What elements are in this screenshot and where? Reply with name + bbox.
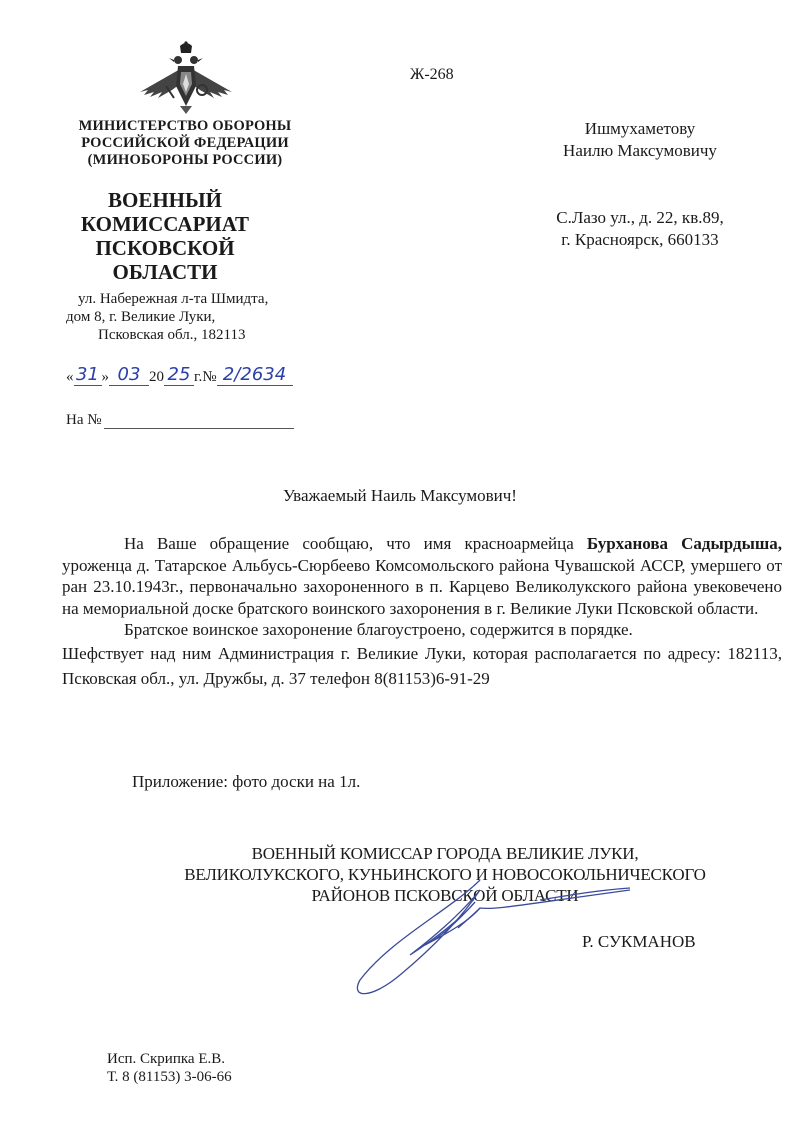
recipient-name-line: Наилю Максумовичу [520, 140, 760, 162]
body-paragraph-3: Шефствует над ним Администрация г. Велик… [62, 641, 782, 691]
year-label: г. [194, 369, 202, 386]
executor-info: Исп. Скрипка Е.В. Т. 8 (81153) 3-06-66 [107, 1050, 232, 1086]
recipient-address-line: г. Красноярск, 660133 [520, 229, 760, 251]
attachment-note: Приложение: фото доски на 1л. [132, 772, 360, 792]
organization-line: КОМИССАРИАТ [40, 212, 290, 236]
close-quote: » [102, 369, 110, 386]
year-prefix: 20 [149, 369, 164, 386]
organization-line: ВОЕННЫЙ [40, 188, 290, 212]
organization-name: ВОЕННЫЙ КОМИССАРИАТ ПСКОВСКОЙ ОБЛАСТИ [40, 188, 290, 284]
organization-line: ПСКОВСКОЙ [40, 236, 290, 260]
salutation: Уважаемый Наиль Максумович! [0, 486, 800, 506]
body-text: уроженца д. Татарское Альбусь-Сюрбеево К… [62, 556, 782, 618]
body-paragraph-1: На Ваше обращение сообщаю, что имя красн… [62, 533, 782, 619]
soldier-name: Бурханова Садырдыша, [587, 534, 782, 553]
signatory-title-line: ВОЕННЫЙ КОМИССАР ГОРОДА ВЕЛИКИЕ ЛУКИ, [100, 843, 790, 864]
open-quote: « [66, 369, 74, 386]
outgoing-year: 25 [164, 364, 194, 386]
ministry-name: МИНИСТЕРСТВО ОБОРОНЫ РОССИЙСКОЙ ФЕДЕРАЦИ… [40, 118, 330, 169]
ministry-line: (МИНОБОРОНЫ РОССИИ) [40, 152, 330, 169]
organization-address: ул. Набережная л-та Шмидта, дом 8, г. Ве… [40, 290, 340, 344]
address-line: ул. Набережная л-та Шмидта, [40, 290, 340, 308]
ministry-line: МИНИСТЕРСТВО ОБОРОНЫ [40, 118, 330, 135]
incoming-number-blank [104, 414, 294, 429]
letter-body: На Ваше обращение сообщаю, что имя красн… [62, 533, 782, 691]
body-paragraph-2: Братское воинское захоронение благоустро… [62, 619, 782, 641]
incoming-reference: На № [66, 412, 294, 429]
recipient-name-line: Ишмухаметову [520, 118, 760, 140]
organization-line: ОБЛАСТИ [40, 260, 290, 284]
outgoing-month: 03 [109, 364, 149, 386]
outgoing-reference: « 31 » 03 20 25 г. № 2/2634 [66, 364, 293, 386]
recipient-name: Ишмухаметову Наилю Максумовичу [520, 118, 760, 162]
body-text: На Ваше обращение сообщаю, что имя красн… [124, 534, 587, 553]
handwritten-signature-icon [330, 880, 630, 1010]
ministry-line: РОССИЙСКОЙ ФЕДЕРАЦИИ [40, 135, 330, 152]
executor-phone: Т. 8 (81153) 3-06-66 [107, 1068, 232, 1086]
number-label: № [202, 369, 216, 386]
incoming-label: На № [66, 412, 102, 429]
address-line: дом 8, г. Великие Луки, [40, 308, 340, 326]
double-headed-eagle-emblem-icon [136, 40, 236, 118]
outgoing-number: 2/2634 [217, 364, 293, 386]
address-line: Псковская обл., 182113 [40, 326, 340, 344]
recipient-address-line: С.Лазо ул., д. 22, кв.89, [520, 207, 760, 229]
recipient-address: С.Лазо ул., д. 22, кв.89, г. Красноярск,… [520, 207, 760, 251]
outgoing-day: 31 [74, 364, 102, 386]
document-number: Ж-268 [410, 66, 454, 84]
executor-name: Исп. Скрипка Е.В. [107, 1050, 232, 1068]
